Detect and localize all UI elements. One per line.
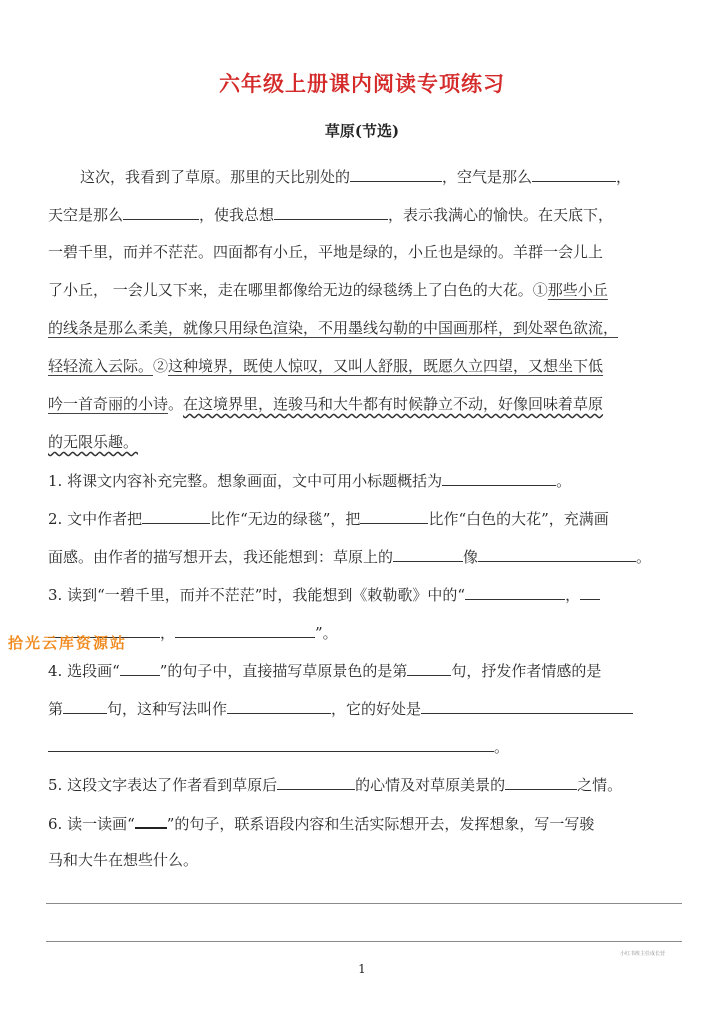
text: ”的句子中，直接描写草原景色的是第 [160,662,408,680]
answer-blank[interactable] [48,735,494,752]
text: 。 [556,472,571,490]
question-2-line-2: 面感。由作者的描写想开去，我还能想到：草原上的像。 [48,545,684,567]
text: 第 [48,700,63,718]
answer-blank[interactable] [478,545,636,562]
answer-blank[interactable] [505,773,577,790]
question-4-line-1: 4. 选段画“”的句子中，直接描写草原景色的是第句，抒发作者情感的是 [48,659,684,681]
text: 2. 文中作者把 [48,510,142,528]
text: 之情。 [577,776,622,794]
text: 比作“白色的大花”，充满画 [428,510,608,528]
answer-blank[interactable] [63,697,107,714]
question-2-line-1: 2. 文中作者把比作“无边的绿毯”，把比作“白色的大花”，充满画 [48,507,684,529]
answer-blank[interactable] [175,621,315,638]
text: ，空气是那么 [442,168,532,186]
passage-line-4: 了小丘， 一会儿又下来，走在哪里都像给无边的绿毯绣上了白色的大花。①那些小丘 [48,279,684,301]
answer-line[interactable] [46,903,682,904]
blank[interactable] [123,203,199,220]
wavy-underlined-sentence: 在这境界里，连骏马和大牛都有时候静立不动，好像回味着草原 [183,395,603,413]
text: 。 [494,738,509,756]
passage-line-5: 的线条是那么柔美，就像只用绿色渲染，不用墨线勾勒的中国画那样，到处翠色欲流， [48,317,684,339]
question-1: 1. 将课文内容补充完整。想象画面，文中可用小标题概括为。 [48,469,684,491]
text: 4. 选段画“ [48,662,120,680]
text: 。 [636,548,651,566]
text: ， [616,168,631,186]
answer-blank[interactable] [442,469,556,486]
text: 5. 这段文字表达了作者看到草原后 [48,776,277,794]
text: ， [160,624,175,642]
blank[interactable] [274,203,388,220]
text: 天空是那么 [48,206,123,224]
blank[interactable] [350,165,442,182]
answer-blank[interactable] [421,697,633,714]
watermark: 拾光云库资源站 [8,632,127,653]
text: 3. 读到“一碧千里，而并不茫茫”时，我能想到《敕勒歌》中的“ [48,586,465,604]
text: ”的句子，联系语段内容和生活实际想开去，发挥想象，写一写骏 [167,815,595,833]
text: ，使我总想 [199,206,274,224]
answer-blank[interactable] [465,583,565,600]
answer-blank[interactable] [142,507,210,524]
page-title: 六年级上册课内阅读专项练习 [0,68,724,98]
question-5: 5. 这段文字表达了作者看到草原后的心情及对草原美景的之情。 [48,773,684,795]
text: 像 [463,548,478,566]
text: 1. 将课文内容补充完整。想象画面，文中可用小标题概括为 [48,472,442,490]
text: ， [565,586,580,604]
text: ，表示我满心的愉快。在天底下， [388,206,613,224]
answer-blank[interactable] [580,583,600,600]
passage-line-8: 的无限乐趣。 [48,431,684,453]
sentence-marker-2: ② [153,357,168,375]
footer-note: 小红书班主任成长营 [620,950,665,957]
question-4-line-3: 。 [48,735,684,757]
answer-line[interactable] [46,941,682,942]
passage-line-6: 轻轻流入云际。②这种境界，既使人惊叹，又叫人舒服，既愿久立四望，又想坐下低 [48,355,684,377]
blank[interactable] [532,165,616,182]
answer-blank[interactable] [277,773,355,790]
text: 面感。由作者的描写想开去，我还能想到：草原上的 [48,548,393,566]
text: 句，这种写法叫作 [107,700,227,718]
answer-blank[interactable] [227,697,331,714]
question-6-line-2: 马和大牛在想些什么。 [48,849,684,871]
text: 的心情及对草原美景的 [355,776,505,794]
answer-blank[interactable] [407,659,451,676]
underline-sample [135,811,167,829]
underlined-text: 轻轻流入云际。 [48,357,153,375]
wavy-underlined-text: 的无限乐趣。 [48,433,138,451]
passage-line-2: 天空是那么，使我总想，表示我满心的愉快。在天底下， [48,203,684,225]
answer-blank[interactable] [393,545,463,562]
text: 这次，我看到了草原。那里的天比别处的 [80,168,350,186]
underlined-sentence-2: 这种境界，既使人惊叹，又叫人舒服，既愿久立四望，又想坐下低 [168,357,603,375]
text: 句，抒发作者情感的是 [451,662,601,680]
question-4-line-2: 第句，这种写法叫作，它的好处是 [48,697,684,719]
passage-line-3: 一碧千里，而并不茫茫。四面都有小丘，平地是绿的，小丘也是绿的。羊群一会儿上 [48,241,684,263]
text: 比作“无边的绿毯”，把 [210,510,360,528]
answer-blank[interactable] [360,507,428,524]
question-3-line-1: 3. 读到“一碧千里，而并不茫茫”时，我能想到《敕勒歌》中的“， [48,583,684,605]
text: 了小丘， 一会儿又下来，走在哪里都像给无边的绿毯绣上了白色的大花。① [48,281,548,299]
passage-line-1: 这次，我看到了草原。那里的天比别处的，空气是那么， [48,165,684,187]
underlined-sentence-1: 那些小丘 [548,281,608,299]
text: 6. 读一读画“ [48,815,135,833]
page-number: 1 [0,962,724,976]
question-3-line-2: ，”。 [48,621,684,643]
text: 。 [168,395,183,413]
underline-sample [120,659,160,676]
underlined-text: 吟一首奇丽的小诗 [48,395,168,413]
text: ，它的好处是 [331,700,421,718]
text: ”。 [315,624,338,642]
question-6-line-1: 6. 读一读画“”的句子，联系语段内容和生活实际想开去，发挥想象，写一写骏 [48,811,684,833]
passage-line-7: 吟一首奇丽的小诗。在这境界里，连骏马和大牛都有时候静立不动，好像回味着草原 [48,393,684,415]
passage-title: 草原(节选) [0,120,724,141]
